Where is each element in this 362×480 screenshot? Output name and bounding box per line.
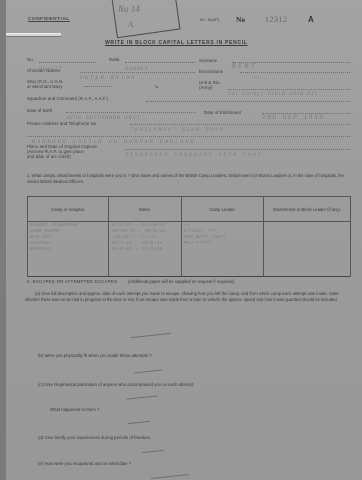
enlistment-field: 2ND SEP 1939 [262, 106, 350, 114]
pencil-mark [126, 395, 158, 399]
col-dates: Dates. [109, 197, 182, 222]
ship-label: Ship (R.N., U.S.N.or Merchant Navy [27, 79, 64, 89]
pencil-mark [131, 333, 171, 338]
rank-field: GUNNER [125, 57, 195, 63]
escapes-heading: 2. ESCAPES OR ATTEMPTED ESCAPES. [27, 279, 119, 284]
confidential-label: CONFIDENTIAL [28, 17, 70, 22]
dob-field: 30TH SEPTEMBER 1917 [66, 106, 196, 113]
leader-cell: —— LT/COL. ??? SGT BATT (AIF) MAJ ????? [182, 222, 264, 277]
enlistment-label: Date of Enlistment [204, 110, 241, 115]
form-number: 12312 [265, 15, 288, 24]
address-field-line2: BARNARD CASTLE Co DURHAM ENGLAND [27, 130, 350, 137]
pencil-mark [128, 421, 150, 424]
page-edge-shadow [0, 0, 6, 480]
col-camp-leader: Camp Leader. [182, 197, 264, 222]
unit-field: 137 (Army) FIELD 18TH DIV [228, 82, 350, 90]
no-field: 36417? [39, 57, 96, 63]
number-label: No [236, 15, 245, 24]
capture-value: SINGAPORE FEBRUARY 15TH 1942 [125, 152, 263, 158]
address-label: Private Address and Telephone No. [27, 121, 98, 126]
block-leader-cell [264, 222, 351, 277]
pencil-mark [142, 450, 164, 453]
section2-heading: 2. ESCAPES OR ATTEMPTED ESCAPES. (Additi… [27, 279, 235, 284]
dates-cell: 17/2/42 — 25/10/42 26/10/42 — 30/5/43 —/… [109, 222, 182, 277]
col-block-leader: Detachment or Block Leader (if any). [264, 197, 351, 222]
surname-label: Surname [199, 58, 217, 63]
escapes-note: (Additional paper will be supplied on re… [128, 279, 235, 284]
christian-names-label: Christian Names [27, 68, 60, 73]
table-body-row: CHANGI SINGAPORE NANE BURMA WAN YAI VAGH… [28, 222, 351, 277]
ship-field [84, 81, 112, 87]
dob-label: Date of Birth [27, 108, 52, 113]
camp-table: Camp or Hospital. Dates. Camp Leader. De… [27, 196, 351, 277]
question-c-followup: What happened to them ? [50, 407, 99, 412]
address-field-line1: "HUXLANDS" GOAD ROAD [130, 118, 350, 125]
camp-cell: CHANGI SINGAPORE NANE BURMA WAN YAI VAGH… [28, 222, 109, 277]
surname-field: BENT [232, 55, 350, 63]
binding-tag-string [6, 33, 61, 37]
pencil-mark [151, 474, 189, 479]
stamp-number: No 14 [118, 4, 140, 14]
squadron-field [146, 96, 350, 102]
decorations-value: —— [254, 75, 262, 81]
squadron-label: Squadron and Command (R.A.F., A.A.F.) [27, 96, 108, 101]
unit-label: Unit & Div.(Army) [199, 80, 220, 90]
capture-label: Place and Date of Original Capture(Aircr… [27, 144, 97, 159]
form-suffix: A [308, 15, 314, 24]
question-e: (e) How were you recaptured and on what … [38, 461, 131, 466]
christian-names-field: PETER BRIAN [80, 66, 195, 73]
section1-instructions: 1. What camps, detachments or hospitals … [27, 173, 349, 184]
table-row-leader: MAJ ????? [184, 241, 261, 247]
document-page: CONFIDENTIAL No 14 A. M.I. 9/(AP) No 123… [6, 0, 362, 480]
question-a: (a) Give full description and approx. da… [25, 291, 347, 302]
cursor-pointer-icon: ↘ [154, 84, 158, 90]
instruction-heading: WRITE IN BLOCK CAPITAL LETTERS IN PENCIL [105, 40, 248, 46]
question-d: (d) Give briefly your experiences during… [38, 435, 151, 440]
question-b: (b) Were you physically fit when you mad… [38, 353, 152, 358]
decorations-field: —— [240, 66, 350, 73]
question-c: (c) Give Regimental particulars of anyon… [38, 382, 194, 387]
capture-field: SINGAPORE FEBRUARY 15TH 1942 [125, 143, 350, 150]
decorations-label: Decorations [199, 69, 223, 74]
no-label: No. [27, 57, 34, 62]
stamp-letter: A. [128, 20, 135, 29]
table-row-dates: 28/5/44 — 11/5/45 [111, 247, 179, 253]
col-camp: Camp or Hospital. [28, 197, 109, 222]
pencil-mark [134, 370, 162, 374]
table-row-camp: NONGKAI [30, 247, 106, 253]
form-ref: M.I. 9/(AP) [200, 18, 219, 22]
rank-label: Rank [109, 57, 119, 62]
